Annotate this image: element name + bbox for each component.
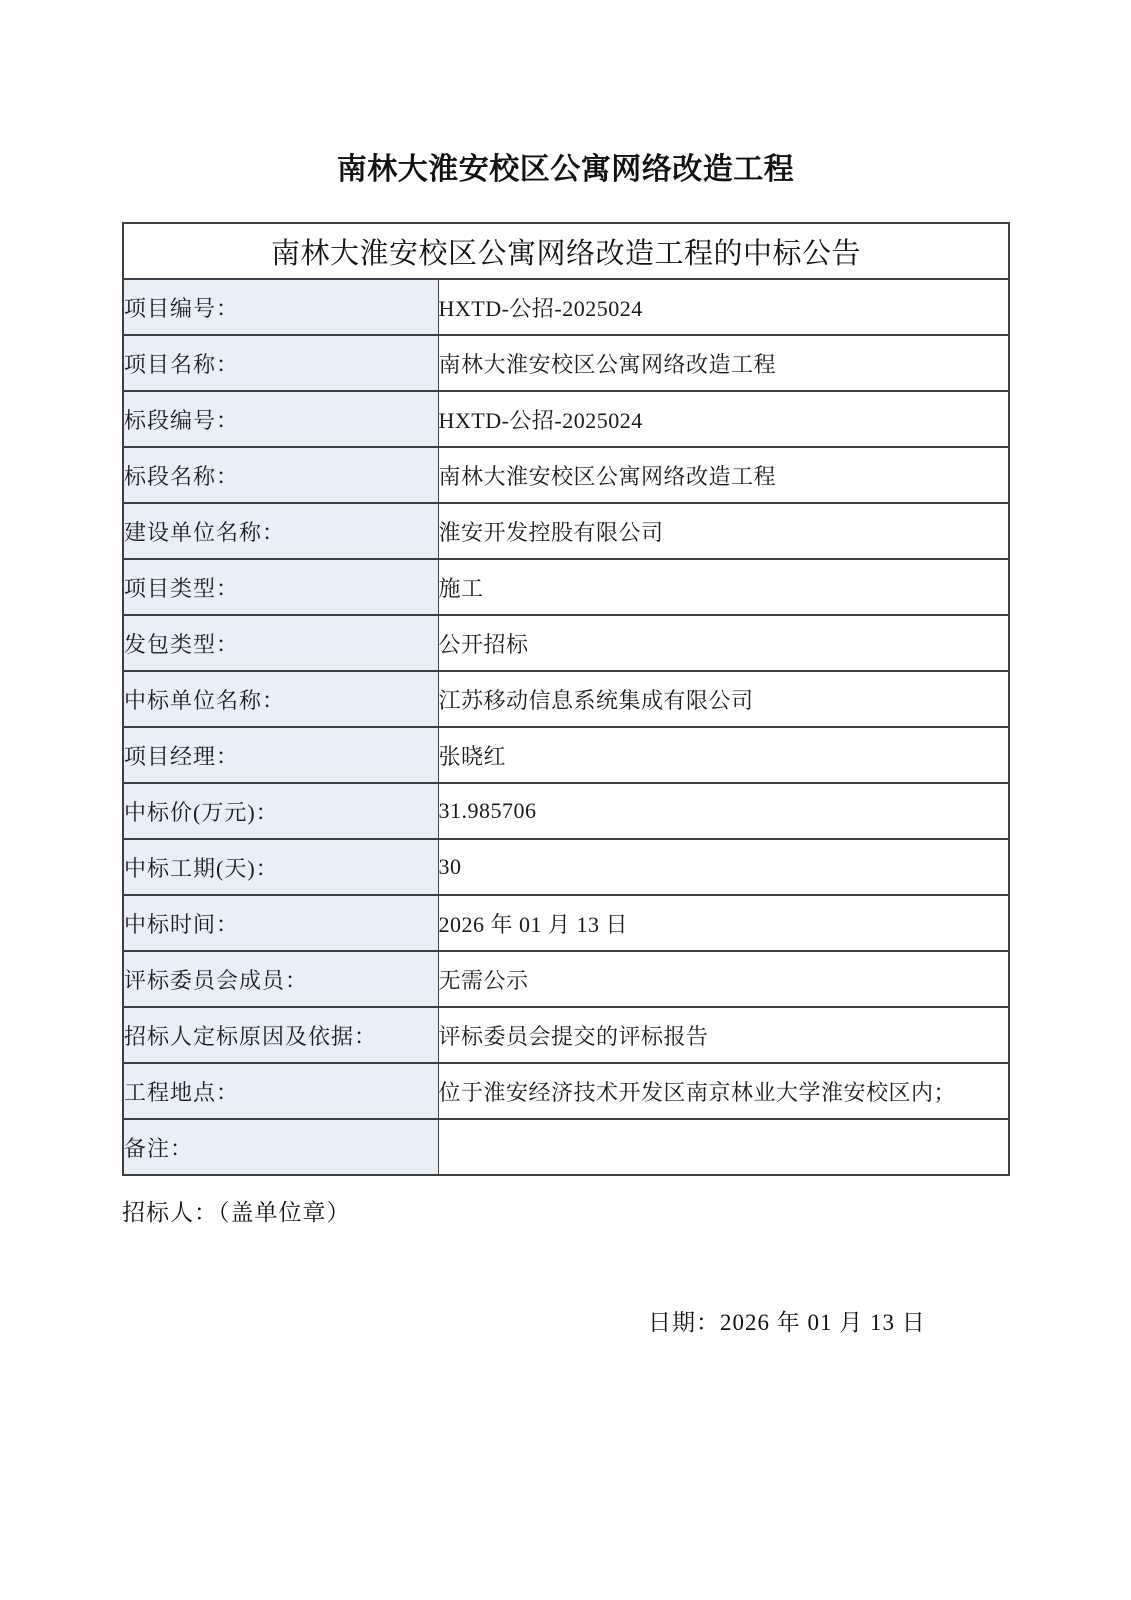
- row-value: [438, 1119, 1009, 1175]
- table-row-construction-unit: 建设单位名称： 淮安开发控股有限公司: [123, 503, 1009, 559]
- row-value: 张晓红: [438, 727, 1009, 783]
- table-row-project-name: 项目名称： 南林大淮安校区公寓网络改造工程: [123, 335, 1009, 391]
- row-label: 发包类型：: [123, 615, 438, 671]
- row-value: 31.985706: [438, 783, 1009, 839]
- row-value: 30: [438, 839, 1009, 895]
- row-value: 2026 年 01 月 13 日: [438, 895, 1009, 951]
- table-row-winning-time: 中标时间： 2026 年 01 月 13 日: [123, 895, 1009, 951]
- bid-announcement-table: 南林大淮安校区公寓网络改造工程的中标公告 项目编号： HXTD-公招-20250…: [122, 222, 1010, 1176]
- row-label: 中标工期(天)：: [123, 839, 438, 895]
- table-row-winning-duration: 中标工期(天)： 30: [123, 839, 1009, 895]
- row-label: 招标人定标原因及依据：: [123, 1007, 438, 1063]
- row-value: 南林大淮安校区公寓网络改造工程: [438, 335, 1009, 391]
- page-title: 南林大淮安校区公寓网络改造工程: [0, 144, 1131, 188]
- row-value: 评标委员会提交的评标报告: [438, 1007, 1009, 1063]
- table-row-project-location: 工程地点： 位于淮安经济技术开发区南京林业大学淮安校区内；: [123, 1063, 1009, 1119]
- table-row-project-type: 项目类型： 施工: [123, 559, 1009, 615]
- date-line: 日期：2026 年 01 月 13 日: [648, 1304, 926, 1337]
- table-row-section-name: 标段名称： 南林大淮安校区公寓网络改造工程: [123, 447, 1009, 503]
- row-value: HXTD-公招-2025024: [438, 391, 1009, 447]
- row-label: 建设单位名称：: [123, 503, 438, 559]
- document-page: 南林大淮安校区公寓网络改造工程 南林大淮安校区公寓网络改造工程的中标公告 项目编…: [0, 0, 1131, 1600]
- row-label: 项目名称：: [123, 335, 438, 391]
- table-row-winning-bidder: 中标单位名称： 江苏移动信息系统集成有限公司: [123, 671, 1009, 727]
- table-row-award-reason: 招标人定标原因及依据： 评标委员会提交的评标报告: [123, 1007, 1009, 1063]
- table-row-contract-type: 发包类型： 公开招标: [123, 615, 1009, 671]
- row-label: 项目类型：: [123, 559, 438, 615]
- row-value: 施工: [438, 559, 1009, 615]
- table-row-project-number: 项目编号： HXTD-公招-2025024: [123, 279, 1009, 335]
- row-label: 评标委员会成员：: [123, 951, 438, 1007]
- table-row-project-manager: 项目经理： 张晓红: [123, 727, 1009, 783]
- row-value: 淮安开发控股有限公司: [438, 503, 1009, 559]
- row-label: 项目编号：: [123, 279, 438, 335]
- row-label: 标段名称：: [123, 447, 438, 503]
- row-label: 项目经理：: [123, 727, 438, 783]
- table-title: 南林大淮安校区公寓网络改造工程的中标公告: [123, 223, 1009, 279]
- row-value: 公开招标: [438, 615, 1009, 671]
- table-row-winning-price: 中标价(万元)： 31.985706: [123, 783, 1009, 839]
- table-row-remarks: 备注：: [123, 1119, 1009, 1175]
- table-row-evaluation-committee: 评标委员会成员： 无需公示: [123, 951, 1009, 1007]
- tenderer-seal-line: 招标人：（盖单位章）: [122, 1194, 351, 1227]
- row-label: 工程地点：: [123, 1063, 438, 1119]
- table-row-section-number: 标段编号： HXTD-公招-2025024: [123, 391, 1009, 447]
- row-label: 备注：: [123, 1119, 438, 1175]
- row-label: 标段编号：: [123, 391, 438, 447]
- row-value: 无需公示: [438, 951, 1009, 1007]
- table-title-row: 南林大淮安校区公寓网络改造工程的中标公告: [123, 223, 1009, 279]
- row-value: 江苏移动信息系统集成有限公司: [438, 671, 1009, 727]
- row-label: 中标时间：: [123, 895, 438, 951]
- row-label: 中标价(万元)：: [123, 783, 438, 839]
- row-value: HXTD-公招-2025024: [438, 279, 1009, 335]
- row-value: 位于淮安经济技术开发区南京林业大学淮安校区内；: [438, 1063, 1009, 1119]
- row-value: 南林大淮安校区公寓网络改造工程: [438, 447, 1009, 503]
- row-label: 中标单位名称：: [123, 671, 438, 727]
